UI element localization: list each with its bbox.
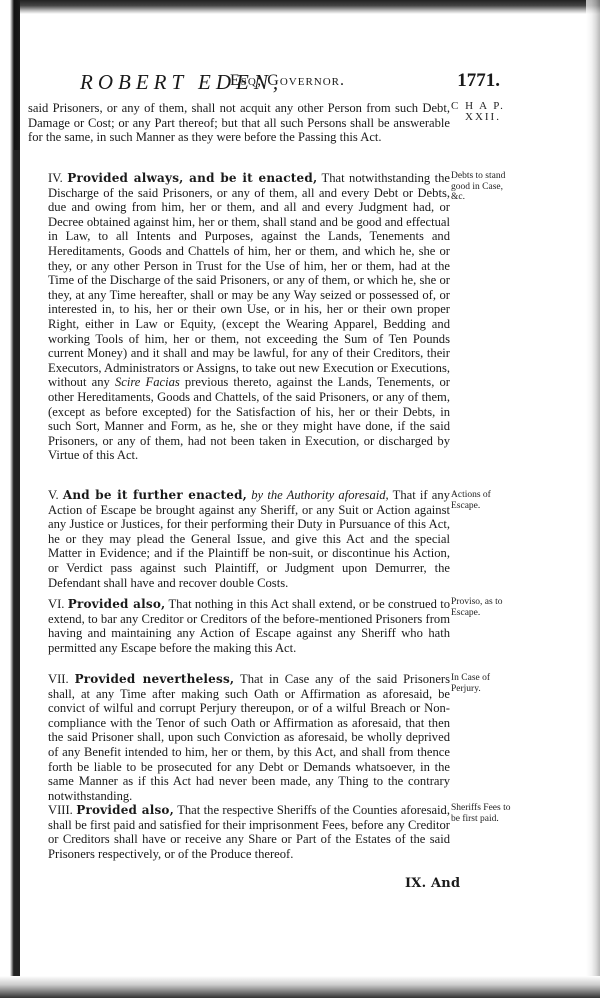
page-top-edge <box>0 0 600 14</box>
section-numeral: VIII. <box>48 803 73 817</box>
section-blackletter-opening: Provided nevertheless, <box>75 672 235 686</box>
section-text: That notwithstanding the Discharge of th… <box>48 171 450 389</box>
margin-note-IV: Debts to stand good in Case, &c. <box>451 171 511 203</box>
running-head-year: 1771. <box>457 70 500 92</box>
section-italic-phrase: by the Authority aforesaid, <box>251 488 388 502</box>
paragraph-text: said Prisoners, or any of them, shall no… <box>28 101 450 145</box>
section-VI: VI. Provided also, That nothing in this … <box>28 597 450 655</box>
margin-note-VI: Proviso, as to Escape. <box>451 597 511 618</box>
running-head: ROBERT EDEN, Esq; Governor. 1771. <box>80 70 500 98</box>
margin-note-VIII: Sheriffs Fees to be first paid. <box>451 803 511 824</box>
section-IV: IV. Provided always, and be it enacted, … <box>28 171 450 463</box>
section-blackletter-opening: Provided always, and be it enacted, <box>67 171 317 185</box>
section-V: V. And be it further enacted, by the Aut… <box>28 488 450 590</box>
section-numeral: VII. <box>48 672 69 686</box>
section-italic-term: Scire Facias <box>115 375 180 389</box>
section-blackletter-opening: Provided also, <box>68 597 166 611</box>
section-text: That in Case any of the said Prisoners s… <box>48 672 450 803</box>
chapter-label: C H A P. <box>451 101 511 112</box>
section-numeral: VI. <box>48 597 64 611</box>
section-VII: VII. Provided nevertheless, That in Case… <box>28 672 450 803</box>
section-blackletter-opening: And be it further enacted, <box>63 488 247 502</box>
page-right-edge <box>586 0 600 998</box>
chapter-marker: C H A P. XXII. <box>451 101 511 122</box>
page-binding-shadow <box>14 150 20 998</box>
section-numeral: V. <box>48 488 59 502</box>
margin-note-VII: In Case of Perjury. <box>451 673 511 694</box>
chapter-number: XXII. <box>451 112 511 123</box>
section-text: That if any Action of Escape be brought … <box>48 488 450 590</box>
margin-note-V: Actions of Escape. <box>451 490 511 511</box>
section-VIII: VIII. Provided also, That the respective… <box>28 803 450 861</box>
section-blackletter-opening: Provided also, <box>76 803 174 817</box>
running-head-title: Esq; Governor. <box>230 72 345 90</box>
paragraph-continuation: said Prisoners, or any of them, shall no… <box>28 101 450 145</box>
catchword: IX. And <box>405 876 460 891</box>
page-bottom-edge <box>0 976 600 998</box>
section-numeral: IV. <box>48 171 63 185</box>
